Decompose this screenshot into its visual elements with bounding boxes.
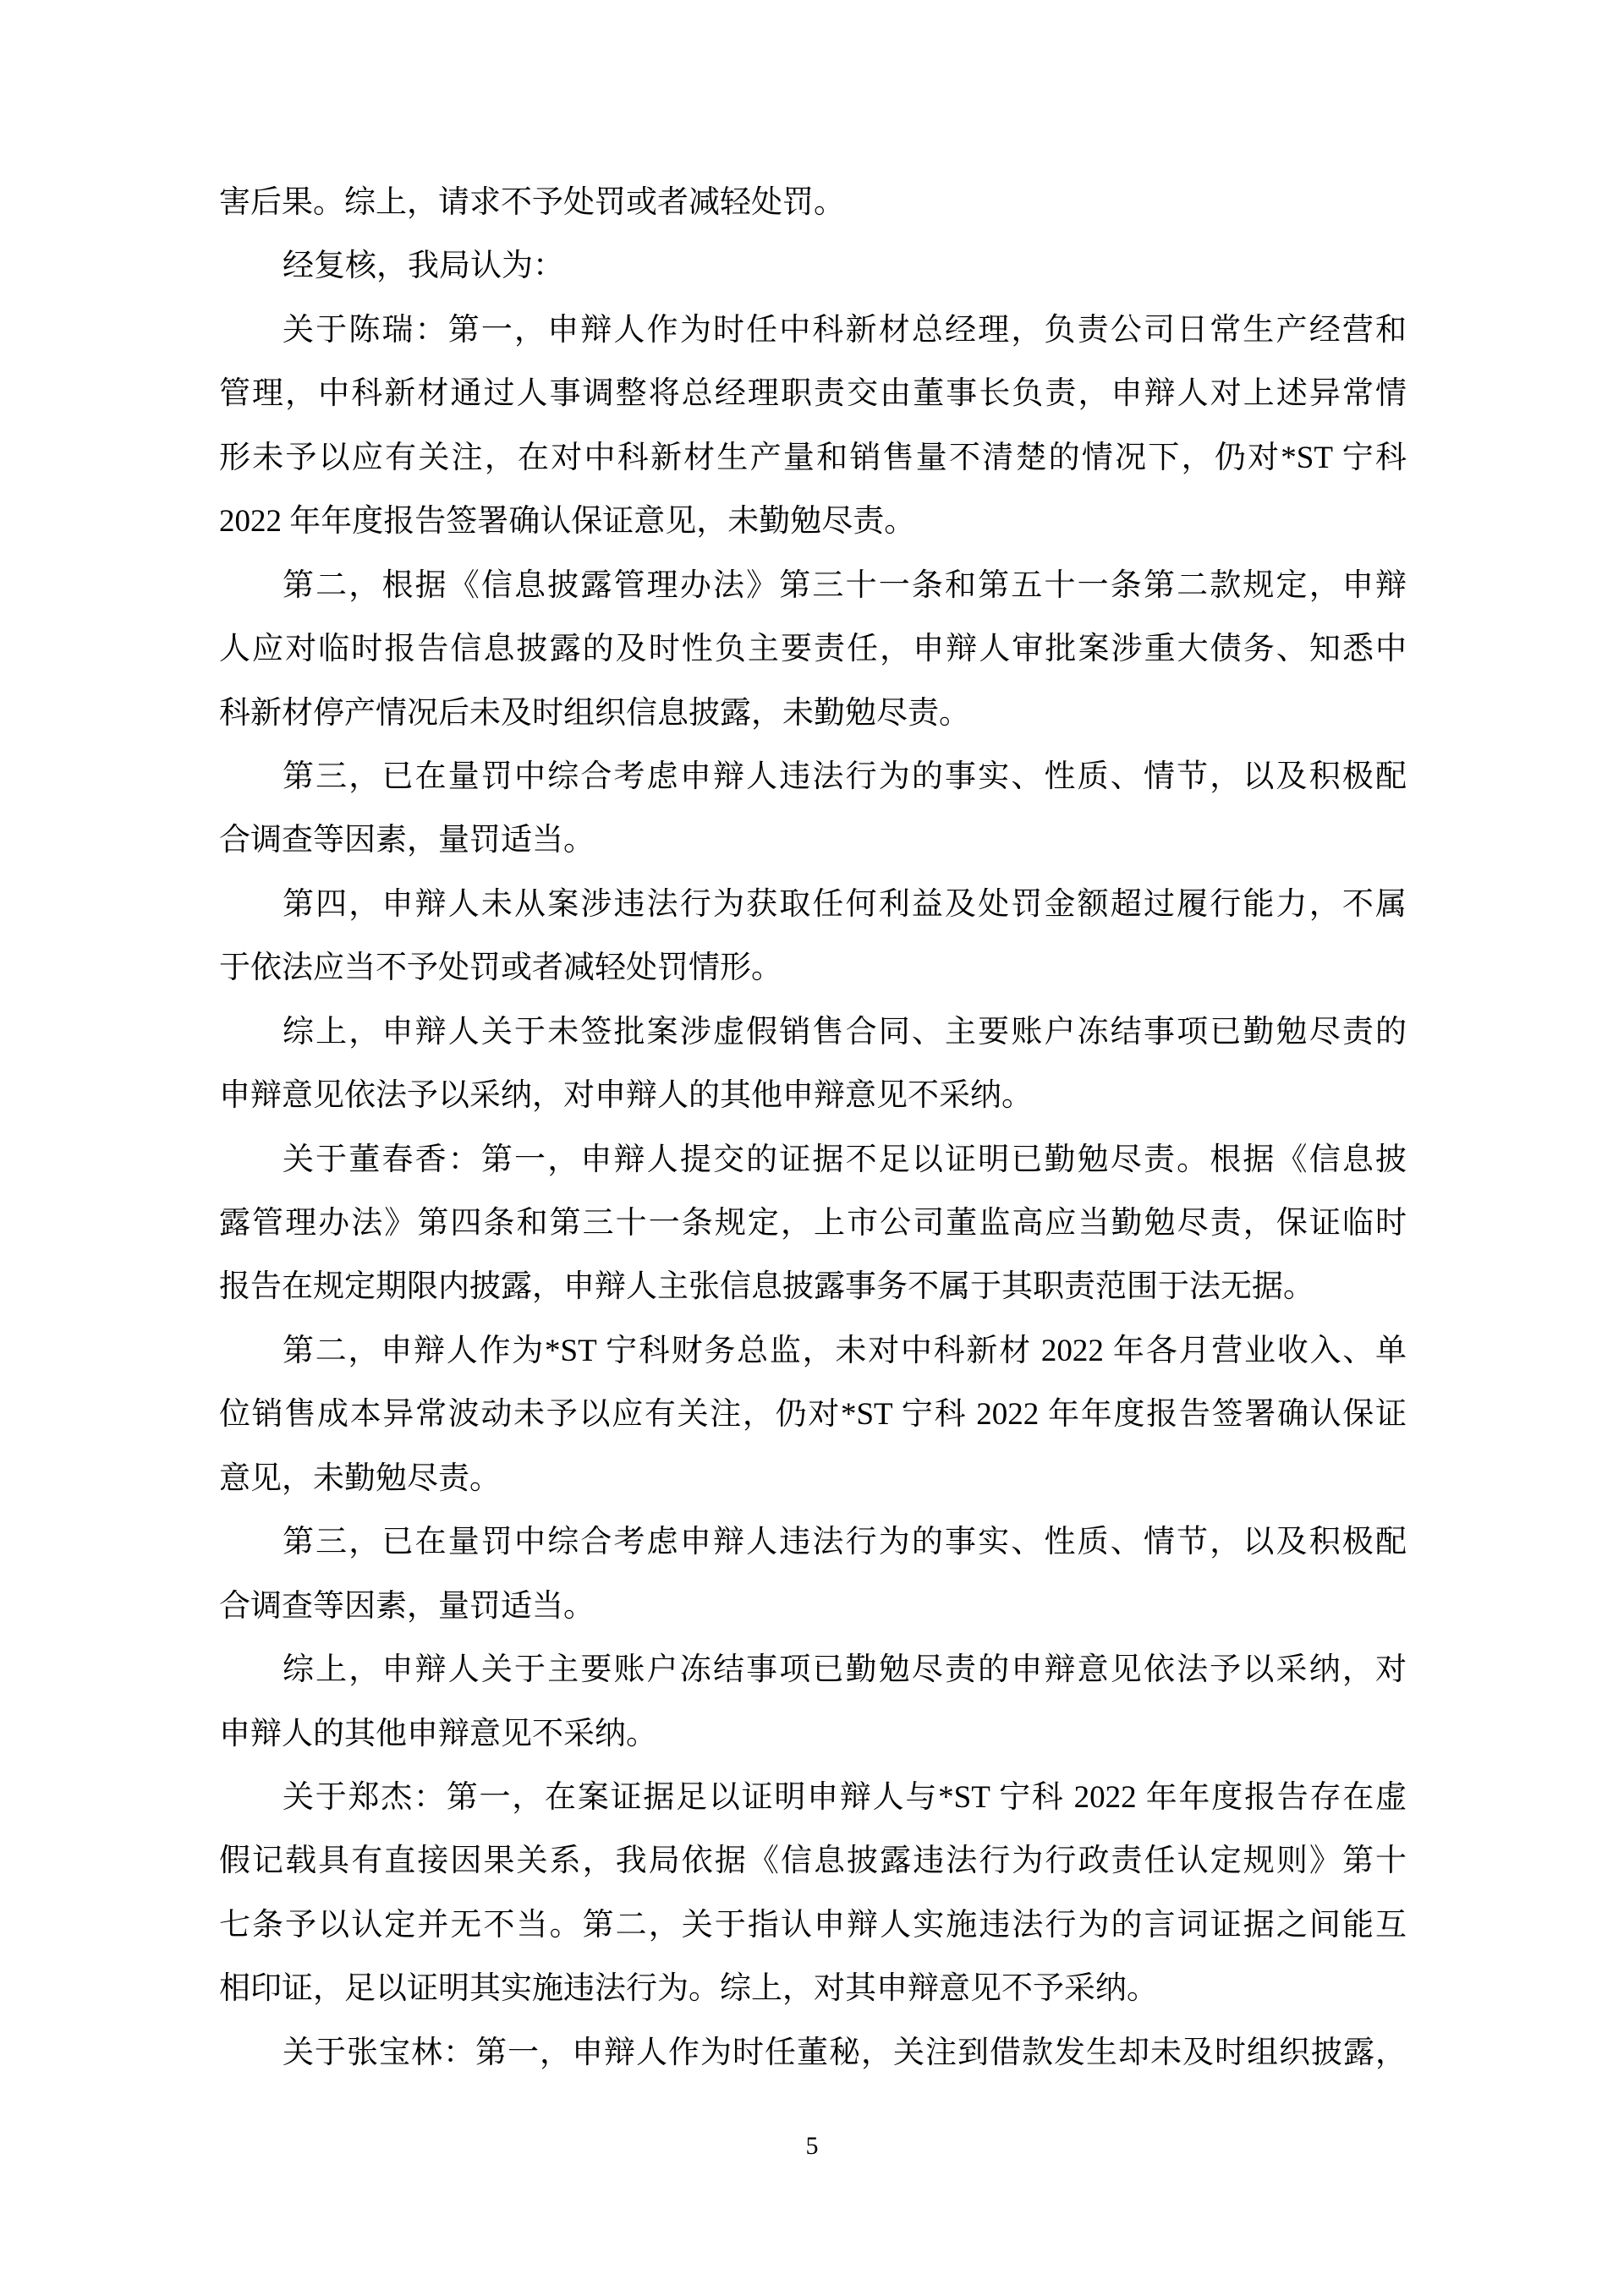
paragraph-chen-rui-point-2: 第二，根据《信息披露管理办法》第三十一条和第五十一条第二款规定，申辩 人应对临时… [219, 564, 1407, 755]
text-line: 关于张宝林：第一，申辩人作为时任董秘，关注到借款发生却未及时组织披露， [219, 2031, 1407, 2095]
paragraph-zhang-baolin: 关于张宝林：第一，申辩人作为时任董秘，关注到借款发生却未及时组织披露， [219, 2031, 1407, 2095]
text-line: 合调查等因素，量罚适当。 [219, 819, 1407, 882]
paragraph-dong-chunxiang-point-1: 关于董春香：第一，申辩人提交的证据不足以证明已勤勉尽责。根据《信息披 露管理办法… [219, 1138, 1407, 1329]
text-line: 意见，未勤勉尽责。 [219, 1457, 1407, 1521]
text-line: 关于郑杰：第一，在案证据足以证明申辩人与*ST 宁科 2022 年年度报告存在虚 [219, 1776, 1407, 1839]
text-line: 害后果。综上，请求不予处罚或者减轻处罚。 [219, 181, 1407, 244]
paragraph-penalty-request-end: 害后果。综上，请求不予处罚或者减轻处罚。 [219, 181, 1407, 244]
paragraph-zheng-jie: 关于郑杰：第一，在案证据足以证明申辩人与*ST 宁科 2022 年年度报告存在虚… [219, 1776, 1407, 2031]
text-line: 管理，中科新材通过人事调整将总经理职责交由董事长负责，申辩人对上述异常情 [219, 372, 1407, 436]
text-line: 第二，根据《信息披露管理办法》第三十一条和第五十一条第二款规定，申辩 [219, 564, 1407, 627]
text-line: 假记载具有直接因果关系，我局依据《信息披露违法行为行政责任认定规则》第十 [219, 1839, 1407, 1903]
paragraph-chen-rui-point-1: 关于陈瑞：第一，申辩人作为时任中科新材总经理，负责公司日常生产经营和 管理，中科… [219, 309, 1407, 564]
page-number: 5 [0, 2129, 1624, 2163]
paragraph-chen-rui-point-3: 第三，已在量罚中综合考虑申辩人违法行为的事实、性质、情节，以及积极配 合调查等因… [219, 755, 1407, 883]
text-line: 露管理办法》第四条和第三十一条规定，上市公司董监高应当勤勉尽责，保证临时 [219, 1202, 1407, 1265]
text-line: 位销售成本异常波动未予以应有关注，仍对*ST 宁科 2022 年年度报告签署确认… [219, 1393, 1407, 1456]
text-line: 申辩意见依法予以采纳，对申辩人的其他申辩意见不采纳。 [219, 1074, 1407, 1137]
paragraph-review-intro: 经复核，我局认为： [219, 244, 1407, 308]
text-line: 综上，申辩人关于未签批案涉虚假销售合同、主要账户冻结事项已勤勉尽责的 [219, 1011, 1407, 1074]
text-line: 关于陈瑞：第一，申辩人作为时任中科新材总经理，负责公司日常生产经营和 [219, 309, 1407, 372]
paragraph-chen-rui-conclusion: 综上，申辩人关于未签批案涉虚假销售合同、主要账户冻结事项已勤勉尽责的 申辩意见依… [219, 1011, 1407, 1138]
text-line: 综上，申辩人关于主要账户冻结事项已勤勉尽责的申辩意见依法予以采纳，对 [219, 1648, 1407, 1712]
text-line: 第二，申辩人作为*ST 宁科财务总监，未对中科新材 2022 年各月营业收入、单 [219, 1329, 1407, 1393]
text-line: 形未予以应有关注，在对中科新材生产量和销售量不清楚的情况下，仍对*ST 宁科 [219, 436, 1407, 500]
text-line: 关于董春香：第一，申辩人提交的证据不足以证明已勤勉尽责。根据《信息披 [219, 1138, 1407, 1202]
text-line: 合调查等因素，量罚适当。 [219, 1585, 1407, 1648]
text-line: 第三，已在量罚中综合考虑申辩人违法行为的事实、性质、情节，以及积极配 [219, 755, 1407, 819]
text-line: 2022 年年度报告签署确认保证意见，未勤勉尽责。 [219, 500, 1407, 563]
text-line: 第四，申辩人未从案涉违法行为获取任何利益及处罚金额超过履行能力，不属 [219, 883, 1407, 946]
text-line: 七条予以认定并无不当。第二，关于指认申辩人实施违法行为的言词证据之间能互 [219, 1904, 1407, 1967]
text-line: 于依法应当不予处罚或者减轻处罚情形。 [219, 946, 1407, 1010]
text-line: 人应对临时报告信息披露的及时性负主要责任，申辩人审批案涉重大债务、知悉中 [219, 627, 1407, 691]
text-line: 经复核，我局认为： [219, 244, 1407, 308]
text-line: 申辩人的其他申辩意见不采纳。 [219, 1712, 1407, 1776]
text-line: 第三，已在量罚中综合考虑申辩人违法行为的事实、性质、情节，以及积极配 [219, 1521, 1407, 1584]
paragraph-dong-chunxiang-point-3: 第三，已在量罚中综合考虑申辩人违法行为的事实、性质、情节，以及积极配 合调查等因… [219, 1521, 1407, 1648]
paragraph-dong-chunxiang-conclusion: 综上，申辩人关于主要账户冻结事项已勤勉尽责的申辩意见依法予以采纳，对 申辩人的其… [219, 1648, 1407, 1776]
text-line: 相印证，足以证明其实施违法行为。综上，对其申辩意见不予采纳。 [219, 1967, 1407, 2030]
document-page: 害后果。综上，请求不予处罚或者减轻处罚。 经复核，我局认为： 关于陈瑞：第一，申… [0, 0, 1624, 2296]
document-body: 害后果。综上，请求不予处罚或者减轻处罚。 经复核，我局认为： 关于陈瑞：第一，申… [219, 181, 1407, 2095]
text-line: 科新材停产情况后未及时组织信息披露，未勤勉尽责。 [219, 692, 1407, 755]
paragraph-chen-rui-point-4: 第四，申辩人未从案涉违法行为获取任何利益及处罚金额超过履行能力，不属 于依法应当… [219, 883, 1407, 1011]
text-line: 报告在规定期限内披露，申辩人主张信息披露事务不属于其职责范围于法无据。 [219, 1265, 1407, 1329]
paragraph-dong-chunxiang-point-2: 第二，申辩人作为*ST 宁科财务总监，未对中科新材 2022 年各月营业收入、单… [219, 1329, 1407, 1521]
